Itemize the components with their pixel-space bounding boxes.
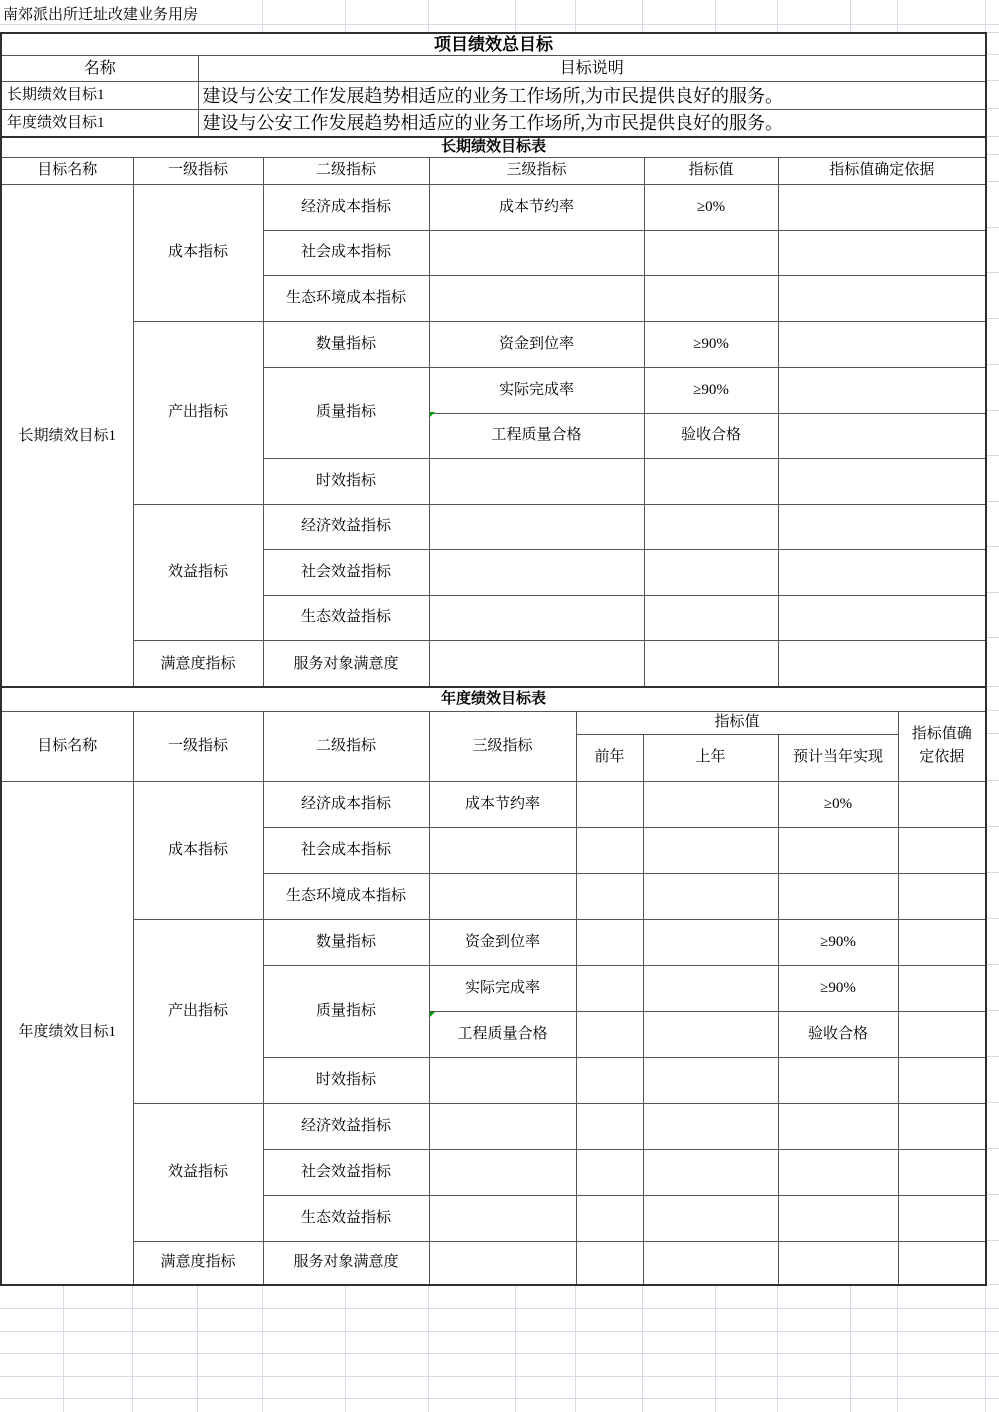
current-header[interactable]: 预计当年实现 xyxy=(778,734,898,781)
basis-cell[interactable] xyxy=(778,367,986,413)
level2-cell[interactable]: 质量指标 xyxy=(263,965,429,1057)
gridline xyxy=(515,0,516,32)
gridline xyxy=(132,1284,133,1412)
gridline xyxy=(575,0,576,32)
gridline xyxy=(985,1240,999,1241)
gridline xyxy=(985,364,999,365)
gridline xyxy=(985,1284,986,1412)
level3-cell[interactable]: 成本节约率 xyxy=(429,781,576,827)
gridline xyxy=(985,410,999,411)
level3-header[interactable]: 三级指标 xyxy=(429,711,576,781)
value-cell[interactable] xyxy=(644,549,778,595)
prev2-cell[interactable] xyxy=(576,1195,643,1241)
level2-cell[interactable]: 数量指标 xyxy=(263,919,429,965)
gridline xyxy=(985,1010,999,1011)
current-cell[interactable] xyxy=(778,873,898,919)
prev1-cell[interactable] xyxy=(643,1103,778,1149)
level3-cell[interactable] xyxy=(429,1241,576,1285)
level3-cell[interactable]: 实际完成率 xyxy=(429,965,576,1011)
gridline xyxy=(985,318,999,319)
prev1-header[interactable]: 上年 xyxy=(643,734,778,781)
current-cell[interactable] xyxy=(778,1057,898,1103)
value-cell[interactable] xyxy=(644,275,778,321)
gridline xyxy=(850,0,851,32)
level3-cell[interactable] xyxy=(429,1195,576,1241)
gridline xyxy=(850,1284,851,1412)
gridline xyxy=(985,637,999,638)
level2-cell[interactable]: 数量指标 xyxy=(263,321,429,367)
level3-cell[interactable] xyxy=(429,458,644,504)
level3-cell[interactable]: 成本节约率 xyxy=(429,184,644,230)
annual-goal-name-cell[interactable]: 年度绩效目标1 xyxy=(1,781,133,1285)
prev2-cell[interactable] xyxy=(576,1149,643,1195)
gridline xyxy=(985,686,999,687)
gridline xyxy=(0,1308,999,1309)
table-row: 满意度指标 服务对象满意度 xyxy=(1,1241,986,1285)
gridline xyxy=(0,1331,999,1332)
level3-cell[interactable]: 工程质量合格 xyxy=(429,1011,576,1057)
level2-cell[interactable]: 社会成本指标 xyxy=(263,230,429,275)
gridline xyxy=(0,1353,999,1354)
current-cell[interactable] xyxy=(778,1195,898,1241)
level2-cell[interactable]: 经济成本指标 xyxy=(263,781,429,827)
gridline xyxy=(985,154,999,155)
prev1-cell[interactable] xyxy=(643,1149,778,1195)
level1-header[interactable]: 一级指标 xyxy=(133,157,263,184)
sheet-title-cell[interactable]: 南郊派出所迁址改建业务用房 xyxy=(3,3,198,24)
summary-title-cell[interactable]: 项目绩效总目标 xyxy=(1,33,986,56)
level1-cell[interactable]: 产出指标 xyxy=(133,919,263,1103)
level3-cell[interactable] xyxy=(429,504,644,549)
basis-cell[interactable] xyxy=(898,1195,986,1241)
prev1-cell[interactable] xyxy=(643,1241,778,1285)
gridline xyxy=(985,733,999,734)
level1-header[interactable]: 一级指标 xyxy=(133,711,263,781)
basis-cell[interactable] xyxy=(898,919,986,965)
basis-cell[interactable] xyxy=(778,549,986,595)
value-cell[interactable]: ≥90% xyxy=(644,367,778,413)
basis-cell[interactable] xyxy=(898,1103,986,1149)
gridline xyxy=(575,1284,576,1412)
basis-cell[interactable] xyxy=(778,458,986,504)
basis-cell[interactable] xyxy=(898,1011,986,1057)
value-group-header[interactable]: 指标值 xyxy=(576,711,898,734)
level2-header[interactable]: 二级指标 xyxy=(263,157,429,184)
level2-cell[interactable]: 服务对象满意度 xyxy=(263,1241,429,1285)
gridline xyxy=(777,1284,778,1412)
basis-cell[interactable] xyxy=(898,873,986,919)
value-cell[interactable] xyxy=(644,640,778,689)
level3-cell[interactable] xyxy=(429,1149,576,1195)
gridline xyxy=(985,1056,999,1057)
gridline xyxy=(985,272,999,273)
value-cell[interactable] xyxy=(644,230,778,275)
current-cell[interactable]: ≥0% xyxy=(778,781,898,827)
goal-desc-cell[interactable]: 建设与公安工作发展趋势相适应的业务工作场所,为市民提供良好的服务。 xyxy=(198,82,986,110)
gridline xyxy=(262,0,263,32)
gridline xyxy=(985,780,999,781)
prev1-cell[interactable] xyxy=(643,1057,778,1103)
gridline xyxy=(985,32,999,33)
level2-cell[interactable]: 时效指标 xyxy=(263,458,429,504)
table-row: 长期绩效目标表 xyxy=(1,137,986,157)
level2-cell[interactable]: 经济成本指标 xyxy=(263,184,429,230)
gridline xyxy=(897,1284,898,1412)
gridline xyxy=(985,546,999,547)
level2-cell[interactable]: 经济效益指标 xyxy=(263,1103,429,1149)
level2-header[interactable]: 二级指标 xyxy=(263,711,429,781)
gridline xyxy=(985,0,986,32)
level2-cell[interactable]: 社会效益指标 xyxy=(263,1149,429,1195)
level3-header[interactable]: 三级指标 xyxy=(429,157,644,184)
gridline xyxy=(985,1194,999,1195)
gridline xyxy=(985,501,999,502)
table-row: 目标名称 一级指标 二级指标 三级指标 指标值 指标值确定依据 xyxy=(1,157,986,184)
table-row: 长期绩效目标1 成本指标 经济成本指标 成本节约率 ≥0% xyxy=(1,184,986,230)
level3-cell[interactable]: 资金到位率 xyxy=(429,919,576,965)
value-header[interactable]: 指标值 xyxy=(644,157,778,184)
level1-cell[interactable]: 成本指标 xyxy=(133,781,263,919)
table-row: 长期绩效目标1 建设与公安工作发展趋势相适应的业务工作场所,为市民提供良好的服务… xyxy=(1,82,986,110)
table-row: 产出指标 数量指标 资金到位率 ≥90% xyxy=(1,919,986,965)
prev1-cell[interactable] xyxy=(643,1195,778,1241)
basis-cell[interactable] xyxy=(898,1241,986,1285)
prev2-header[interactable]: 前年 xyxy=(576,734,643,781)
gridline xyxy=(642,0,643,32)
prev2-cell[interactable] xyxy=(576,1011,643,1057)
basis-cell[interactable] xyxy=(778,595,986,640)
basis-cell[interactable] xyxy=(898,965,986,1011)
basis-header[interactable]: 指标值确定依据 xyxy=(778,157,986,184)
level2-cell[interactable]: 服务对象满意度 xyxy=(263,640,429,689)
error-indicator-icon xyxy=(430,412,435,417)
level1-cell[interactable]: 成本指标 xyxy=(133,184,263,321)
summary-table: 项目绩效总目标 名称 目标说明 长期绩效目标1 建设与公安工作发展趋势相适应的业… xyxy=(0,32,987,139)
gridline xyxy=(0,24,999,25)
level3-cell[interactable] xyxy=(429,1057,576,1103)
current-cell[interactable] xyxy=(778,1103,898,1149)
prev2-cell[interactable] xyxy=(576,965,643,1011)
basis-cell[interactable] xyxy=(778,184,986,230)
gridline xyxy=(985,227,999,228)
basis-cell[interactable] xyxy=(778,504,986,549)
basis-cell[interactable] xyxy=(898,1057,986,1103)
table-row: 年度绩效目标1 建设与公安工作发展趋势相适应的业务工作场所,为市民提供良好的服务… xyxy=(1,110,986,138)
gridline xyxy=(985,108,999,109)
gridline xyxy=(985,872,999,873)
basis-header-label: 指标值确定依据 xyxy=(910,723,974,770)
basis-cell[interactable] xyxy=(778,275,986,321)
gridline xyxy=(897,0,898,32)
gridline xyxy=(985,592,999,593)
table-row: 年度绩效目标表 xyxy=(1,687,986,711)
gridline xyxy=(63,1284,64,1412)
longterm-title-cell[interactable]: 长期绩效目标表 xyxy=(1,137,986,157)
gridline xyxy=(985,455,999,456)
gridline xyxy=(985,1148,999,1149)
current-cell[interactable]: ≥90% xyxy=(778,919,898,965)
basis-cell[interactable] xyxy=(778,640,986,689)
level3-cell[interactable] xyxy=(429,1103,576,1149)
level3-cell[interactable] xyxy=(429,230,644,275)
gridline xyxy=(985,54,999,55)
level3-cell[interactable] xyxy=(429,873,576,919)
gridline xyxy=(197,1284,198,1412)
current-cell[interactable] xyxy=(778,827,898,873)
gridline xyxy=(985,1102,999,1103)
level1-cell[interactable]: 产出指标 xyxy=(133,321,263,504)
level3-cell[interactable]: 资金到位率 xyxy=(429,321,644,367)
level2-cell[interactable]: 社会效益指标 xyxy=(263,549,429,595)
prev2-cell[interactable] xyxy=(576,1103,643,1149)
basis-header[interactable]: 指标值确定依据 xyxy=(898,711,986,781)
gridline xyxy=(642,1284,643,1412)
level1-cell[interactable]: 效益指标 xyxy=(133,504,263,640)
level1-cell[interactable]: 满意度指标 xyxy=(133,640,263,689)
gridline xyxy=(0,1376,999,1377)
annual-table: 年度绩效目标表 目标名称 一级指标 二级指标 三级指标 指标值 指标值确定依据 … xyxy=(0,686,987,1286)
basis-cell[interactable] xyxy=(778,413,986,458)
prev1-cell[interactable] xyxy=(643,827,778,873)
gridline xyxy=(262,1284,263,1412)
basis-cell[interactable] xyxy=(898,827,986,873)
table-row: 产出指标 数量指标 资金到位率 ≥90% xyxy=(1,321,986,367)
gridline xyxy=(515,1284,516,1412)
goal-name-cell[interactable]: 年度绩效目标1 xyxy=(1,110,198,138)
gridline xyxy=(985,136,999,137)
prev1-cell[interactable] xyxy=(643,919,778,965)
table-row: 目标名称 一级指标 二级指标 三级指标 指标值 指标值确定依据 xyxy=(1,711,986,734)
gridline xyxy=(777,0,778,32)
gridline xyxy=(345,1284,346,1412)
level3-cell[interactable]: 实际完成率 xyxy=(429,367,644,413)
gridline xyxy=(985,964,999,965)
gridline xyxy=(985,1284,999,1285)
level3-cell[interactable] xyxy=(429,827,576,873)
basis-cell[interactable] xyxy=(778,321,986,367)
level2-cell[interactable]: 社会成本指标 xyxy=(263,827,429,873)
basis-cell[interactable] xyxy=(778,230,986,275)
level2-cell[interactable]: 经济效益指标 xyxy=(263,504,429,549)
goal-name-header[interactable]: 目标名称 xyxy=(1,157,133,184)
gridline xyxy=(345,0,346,32)
gridline xyxy=(0,1398,999,1399)
prev2-cell[interactable] xyxy=(576,1241,643,1285)
annual-title-cell[interactable]: 年度绩效目标表 xyxy=(1,687,986,711)
gridline xyxy=(715,0,716,32)
level2-cell[interactable]: 时效指标 xyxy=(263,1057,429,1103)
prev2-cell[interactable] xyxy=(576,919,643,965)
basis-cell[interactable] xyxy=(898,1149,986,1195)
gridline xyxy=(428,0,429,32)
level3-cell[interactable] xyxy=(429,275,644,321)
level3-cell[interactable]: 工程质量合格 xyxy=(429,413,644,458)
basis-cell[interactable] xyxy=(898,781,986,827)
goal-desc-cell[interactable]: 建设与公安工作发展趋势相适应的业务工作场所,为市民提供良好的服务。 xyxy=(198,110,986,138)
value-cell[interactable] xyxy=(644,458,778,504)
gridline xyxy=(428,1284,429,1412)
longterm-table: 长期绩效目标表 目标名称 一级指标 二级指标 三级指标 指标值 指标值确定依据 … xyxy=(0,136,987,690)
level2-cell[interactable]: 生态效益指标 xyxy=(263,1195,429,1241)
prev1-cell[interactable] xyxy=(643,965,778,1011)
value-cell[interactable] xyxy=(644,504,778,549)
table-row: 项目绩效总目标 xyxy=(1,33,986,56)
value-cell[interactable]: ≥90% xyxy=(644,321,778,367)
desc-header-cell[interactable]: 目标说明 xyxy=(198,56,986,82)
current-cell[interactable]: ≥90% xyxy=(778,965,898,1011)
prev1-cell[interactable] xyxy=(643,873,778,919)
prev2-cell[interactable] xyxy=(576,1057,643,1103)
error-indicator-icon xyxy=(430,1012,435,1017)
level2-cell[interactable]: 质量指标 xyxy=(263,367,429,458)
value-cell[interactable]: 验收合格 xyxy=(644,413,778,458)
table-row: 名称 目标说明 xyxy=(1,56,986,82)
value-cell[interactable]: ≥0% xyxy=(644,184,778,230)
prev2-cell[interactable] xyxy=(576,873,643,919)
level2-cell[interactable]: 生态环境成本指标 xyxy=(263,275,429,321)
prev1-cell[interactable] xyxy=(643,1011,778,1057)
current-cell[interactable]: 验收合格 xyxy=(778,1011,898,1057)
gridline xyxy=(985,181,999,182)
table-row: 效益指标 经济效益指标 xyxy=(1,504,986,549)
longterm-goal-name-cell[interactable]: 长期绩效目标1 xyxy=(1,184,133,689)
level1-cell[interactable]: 效益指标 xyxy=(133,1103,263,1241)
level2-cell[interactable]: 生态环境成本指标 xyxy=(263,873,429,919)
gridline xyxy=(985,710,999,711)
level3-cell[interactable] xyxy=(429,549,644,595)
prev1-cell[interactable] xyxy=(643,781,778,827)
level3-cell[interactable] xyxy=(429,595,644,640)
prev2-cell[interactable] xyxy=(576,827,643,873)
spreadsheet: 南郊派出所迁址改建业务用房 项目绩效总目标 名称 目标说明 长期绩效目标1 建设… xyxy=(0,0,999,1412)
current-cell[interactable] xyxy=(778,1241,898,1285)
level1-cell[interactable]: 满意度指标 xyxy=(133,1241,263,1285)
gridline xyxy=(715,1284,716,1412)
table-row: 满意度指标 服务对象满意度 xyxy=(1,640,986,689)
level2-cell[interactable]: 生态效益指标 xyxy=(263,595,429,640)
goal-name-header[interactable]: 目标名称 xyxy=(1,711,133,781)
current-cell[interactable] xyxy=(778,1149,898,1195)
goal-name-cell[interactable]: 长期绩效目标1 xyxy=(1,82,198,110)
gridline xyxy=(985,826,999,827)
gridline xyxy=(985,918,999,919)
name-header-cell[interactable]: 名称 xyxy=(1,56,198,82)
value-cell[interactable] xyxy=(644,595,778,640)
level3-cell[interactable] xyxy=(429,640,644,689)
prev2-cell[interactable] xyxy=(576,781,643,827)
gridline xyxy=(985,80,999,81)
table-row: 效益指标 经济效益指标 xyxy=(1,1103,986,1149)
table-row: 年度绩效目标1 成本指标 经济成本指标 成本节约率 ≥0% xyxy=(1,781,986,827)
